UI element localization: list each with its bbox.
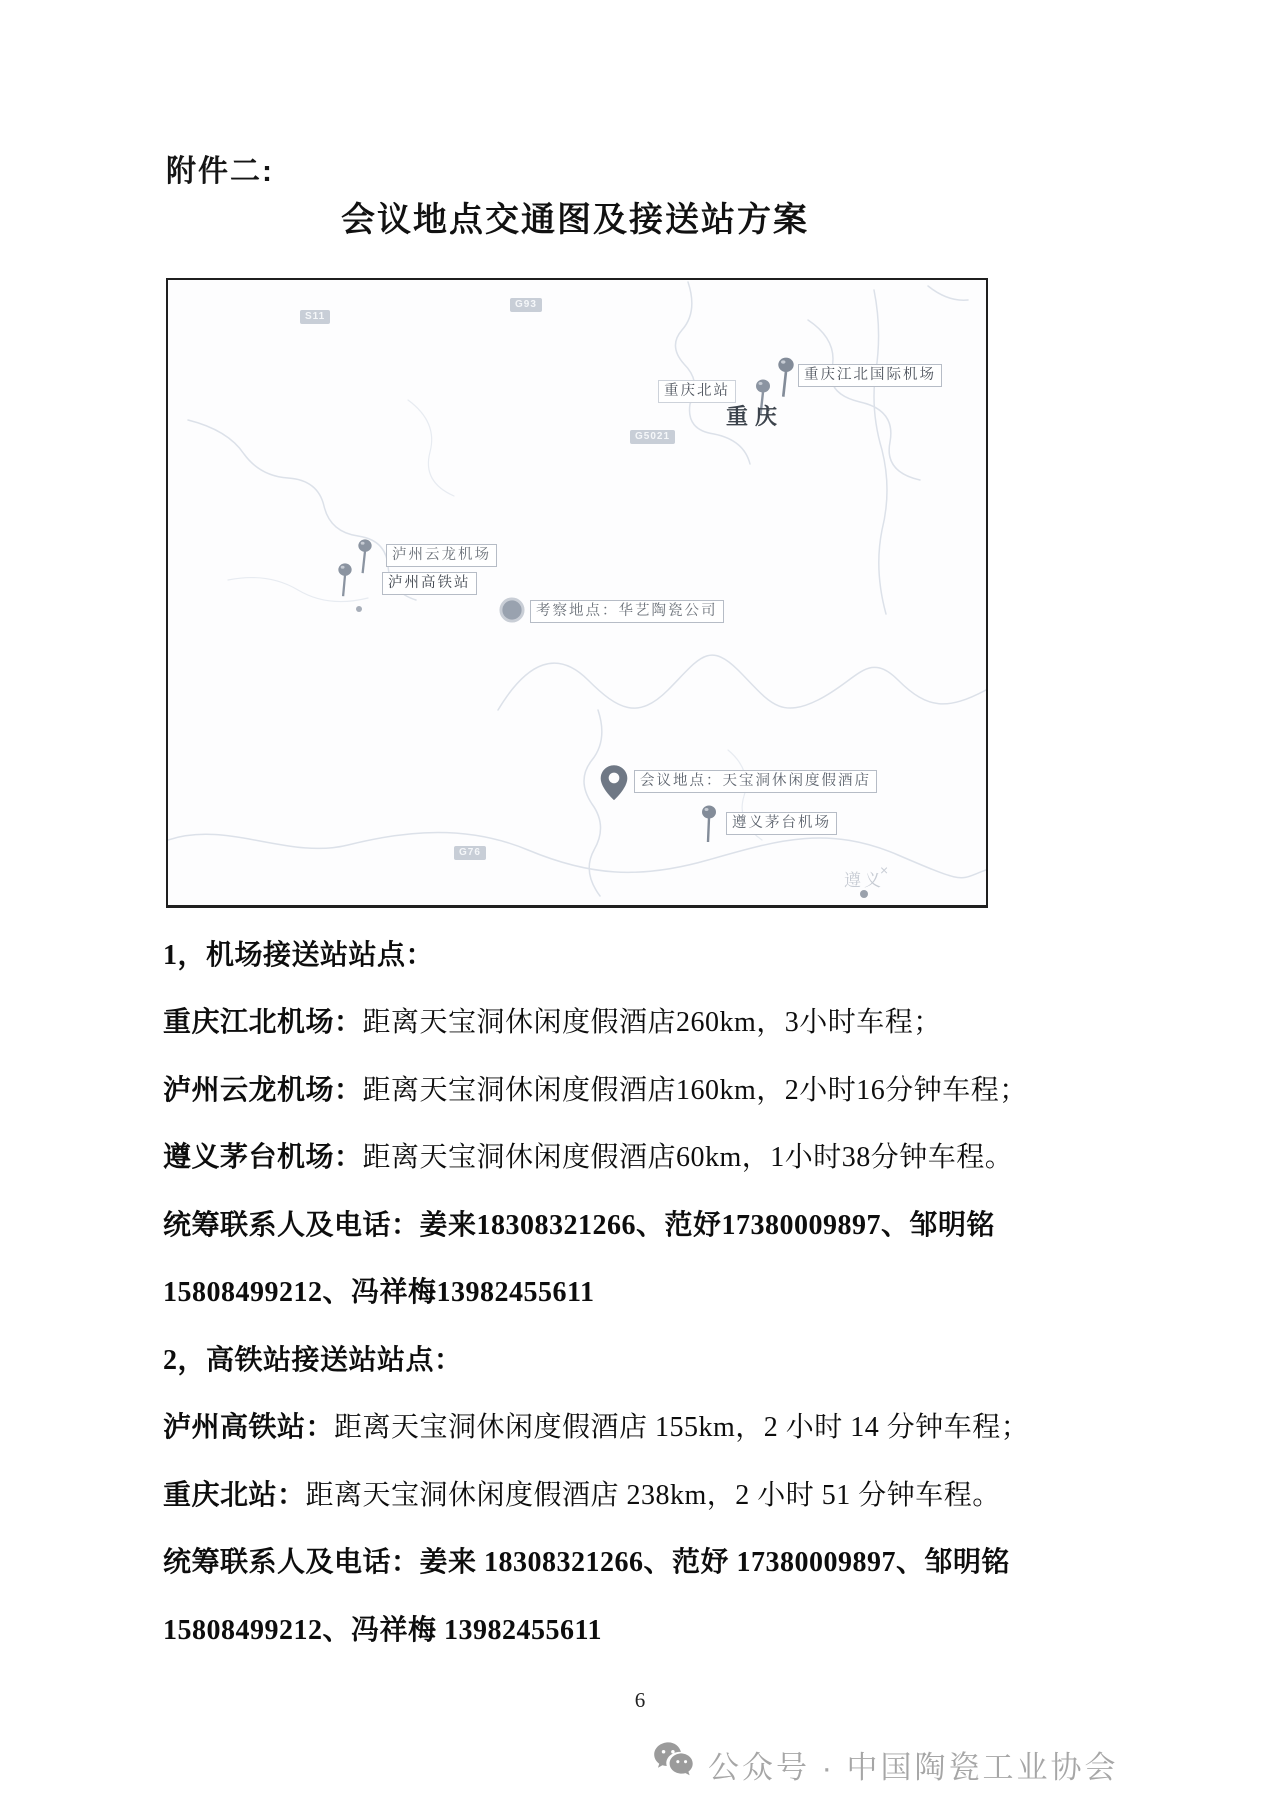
route-shield-s11: S11 [300,310,330,324]
footer-watermark: 公众号 · 中国陶瓷工业协会 [652,1740,1119,1788]
airport-item-text: 距离天宝洞休闲度假酒店160km，2小时16分钟车程； [363,1068,1028,1108]
airport-item: 遵义茅台机场： 距离天宝洞休闲度假酒店60km，1小时38分钟车程。 [163,1122,963,1190]
hsr-section-heading: 2，高铁站接送站站点： [163,1324,963,1392]
map-smudge: × [880,862,888,878]
pushpin-icon [356,538,374,581]
hsr-contact-line-1: 统筹联系人及电话：姜来 18308321266、范妤 17380009897、邹… [163,1527,963,1595]
pushpin-icon [776,356,796,405]
route-shield-g93: G93 [510,298,542,312]
hsr-item-label: 泸州高铁站： [163,1405,334,1445]
airport-section-heading: 1，机场接送站站点： [163,919,963,987]
location-pin-icon [598,764,630,807]
hsr-contact-line-2: 15808499212、冯祥梅 13982455611 [163,1594,963,1662]
pushpin-icon [700,804,718,849]
map-label-chongqing-north-station: 重庆北站 [658,380,736,403]
airport-item-label: 重庆江北机场： [163,1000,363,1040]
airport-item-text: 距离天宝洞休闲度假酒店60km，1小时38分钟车程。 [363,1135,1014,1175]
map-label-luzhou-hsr-station: 泸州高铁站 [382,572,477,595]
airport-item: 泸州云龙机场： 距离天宝洞休闲度假酒店160km，2小时16分钟车程； [163,1054,963,1122]
map-label-zunyi-airport: 遵义茅台机场 [726,812,837,835]
page-number: 6 [0,1688,1280,1713]
map-label-jiangbei-airport: 重庆江北国际机场 [798,364,942,387]
pushpin-icon [336,562,354,605]
airport-item: 重庆江北机场： 距离天宝洞休闲度假酒店260km，3小时车程； [163,987,963,1055]
body-text: 1，机场接送站站点： 重庆江北机场： 距离天宝洞休闲度假酒店260km，3小时车… [163,919,963,1662]
map-dot [860,890,868,898]
airport-contact-line-1: 统筹联系人及电话：姜来18308321266、范妤17380009897、邹明铭 [163,1189,963,1257]
route-shield-g5021: G5021 [630,430,675,444]
document-page: 附件二: 会议地点交通图及接送站方案 S11 G93 G5021 [0,0,1280,1809]
page-title: 会议地点交通图及接送站方案 [0,192,1150,241]
map-label-luzhou-airport: 泸州云龙机场 [386,544,497,567]
airport-item-label: 遵义茅台机场： [163,1135,363,1175]
cluster-marker-icon [498,596,526,629]
traffic-map: S11 G93 G5021 G76 重庆北站 重庆江北国际机场 重庆 [166,278,988,908]
airport-item-text: 距离天宝洞休闲度假酒店260km，3小时车程； [363,1000,942,1040]
map-label-meeting-site: 会议地点：天宝洞休闲度假酒店 [634,770,877,793]
hsr-item: 重庆北站： 距离天宝洞休闲度假酒店 238km，2 小时 51 分钟车程。 [163,1459,963,1527]
wechat-icon [652,1740,696,1788]
hsr-item-text: 距离天宝洞休闲度假酒店 238km，2 小时 51 分钟车程。 [306,1473,1001,1513]
footer-watermark-text: 公众号 · 中国陶瓷工业协会 [708,1742,1119,1787]
airport-item-label: 泸州云龙机场： [163,1068,363,1108]
city-label-zunyi: 遵义 [844,866,884,891]
hsr-item-text: 距离天宝洞休闲度假酒店 155km，2 小时 14 分钟车程； [334,1405,1029,1445]
route-shield-g76: G76 [454,846,486,860]
attachment-label: 附件二: [166,146,274,190]
airport-contact-line-2: 15808499212、冯祥梅13982455611 [163,1257,963,1325]
city-label-chongqing: 重庆 [726,400,784,431]
map-dot [356,606,362,612]
hsr-item-label: 重庆北站： [163,1473,306,1513]
hsr-item: 泸州高铁站： 距离天宝洞休闲度假酒店 155km，2 小时 14 分钟车程； [163,1392,963,1460]
map-label-inspection-site: 考察地点：华艺陶瓷公司 [530,600,724,623]
